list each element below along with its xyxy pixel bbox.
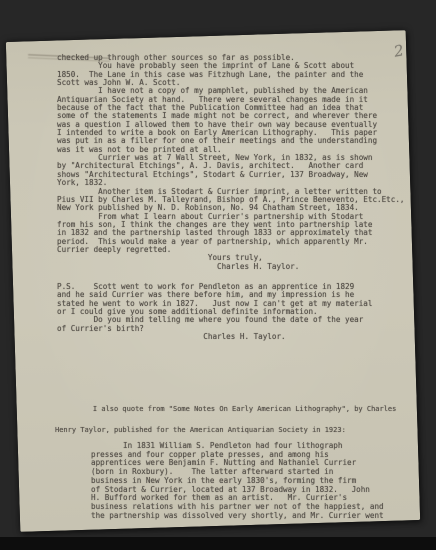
typed-text-layer: 2 checked up through other sources so fa… [0,0,436,550]
letter-postscript-text: P.S. Scott went to work for Pendleton as… [57,283,372,341]
quote-intro-text: I also quote from "Some Notes On Early A… [55,399,396,441]
letter-body-text: checked up through other sources so far … [57,54,404,271]
block-quote-text: In 1831 William S. Pendleton had four li… [91,442,384,520]
scan-background: 2 checked up through other sources so fa… [0,0,436,550]
